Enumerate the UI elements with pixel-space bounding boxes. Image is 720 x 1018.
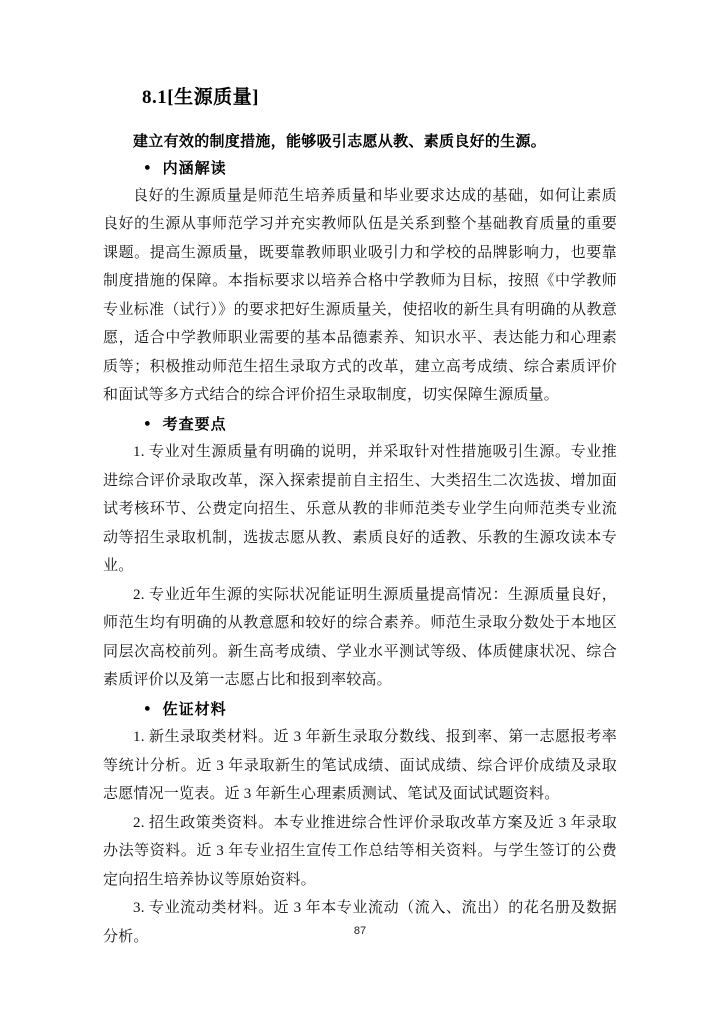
page-content: 8.1[生源质量] 建立有效的制度措施，能够吸引志愿从教、素质良好的生源。 ● …: [103, 86, 617, 951]
page-title: 8.1[生源质量]: [142, 86, 617, 110]
paragraph: 2. 专业近年生源的实际状况能证明生源质量提高情况：生源质量良好，师范生均有明确…: [103, 581, 617, 695]
section-heading-supporting-materials: ● 佐证材料: [144, 695, 617, 724]
document-page: 8.1[生源质量] 建立有效的制度措施，能够吸引志愿从教、素质良好的生源。 ● …: [0, 0, 720, 1018]
paragraph: 1. 新生录取类材料。近 3 年新生录取分数线、报到率、第一志愿报考率等统计分析…: [103, 723, 617, 809]
indicator-statement: 建立有效的制度措施，能够吸引志愿从教、素质良好的生源。: [103, 131, 617, 153]
section-heading-label: 内涵解读: [163, 157, 227, 178]
paragraph: 良好的生源质量是师范生培养质量和毕业要求达成的基础，如何让素质良好的生源从事师范…: [103, 182, 617, 410]
bullet-icon: ●: [144, 162, 152, 173]
bullet-icon: ●: [144, 419, 152, 430]
section-heading-connotation: ● 内涵解读: [144, 153, 617, 182]
paragraph: 2. 招生政策类资料。本专业推进综合性评价录取改革方案及近 3 年录取办法等资料…: [103, 809, 617, 895]
section-heading-label: 佐证材料: [163, 698, 227, 719]
paragraph: 3. 专业流动类材料。近 3 年本专业流动（流入、流出）的花名册及数据分析。: [103, 894, 617, 951]
section-heading-label: 考查要点: [163, 413, 227, 434]
bullet-icon: ●: [144, 704, 152, 715]
page-number: 87: [0, 925, 720, 937]
section-heading-examination-points: ● 考查要点: [144, 410, 617, 439]
paragraph: 1. 专业对生源质量有明确的说明，并采取针对性措施吸引生源。专业推进综合评价录取…: [103, 438, 617, 581]
